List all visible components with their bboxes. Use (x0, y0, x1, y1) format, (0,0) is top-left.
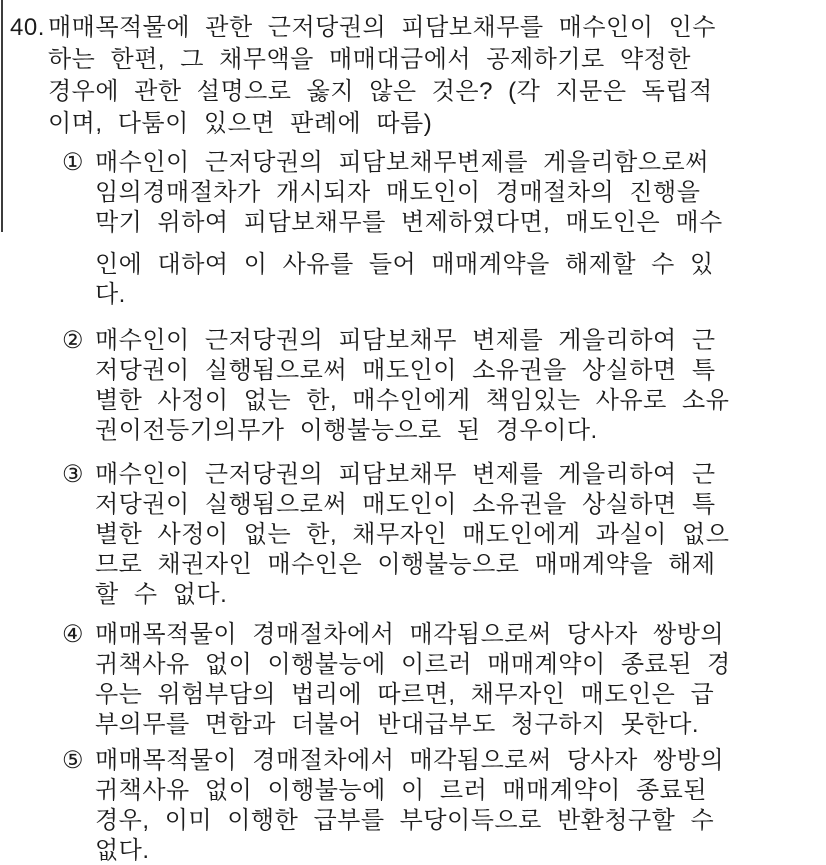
option-marker-5: ⑤ (62, 746, 95, 865)
option-line: 귀책사유 없이 이행불능에 이르러 매매계약이 종료된 경 (95, 650, 826, 680)
option-item-1: ① 매수인이 근저당권의 피담보채무변제를 게을리함으로써 임의경매절차가 개시… (0, 148, 826, 310)
option-item-2: ② 매수인이 근저당권의 피담보채무 변제를 게을리하여 근 저당권이 실행됨으… (0, 326, 826, 446)
option-item-3: ③ 매수인이 근저당권의 피담보채무 변제를 게을리하여 근 저당권이 실행됨으… (0, 460, 826, 610)
option-line: 별한 사정이 없는 한, 매수인에게 책임있는 사유로 소유 (95, 386, 826, 416)
option-line: 인에 대하여 이 사유를 들어 매매계약을 해제할 수 있 (95, 250, 826, 280)
option-line: 할 수 없다. (95, 580, 826, 610)
option-line: 매수인이 근저당권의 피담보채무 변제를 게을리하여 근 (95, 460, 826, 490)
option-item-4: ④ 매매목적물이 경매절차에서 매각됨으로써 당사자 쌍방의 귀책사유 없이 이… (0, 620, 826, 740)
option-line: 귀책사유 없이 이행불능에 이 르러 매매계약이 종료된 (95, 776, 826, 806)
question-line: 이며, 다툼이 있으면 판례에 따름) (48, 108, 826, 140)
option-line: 우는 위험부담의 법리에 따르면, 채무자인 매도인은 급 (95, 680, 826, 710)
option-marker-1: ① (62, 148, 95, 310)
question-line: 하는 한편, 그 채무액을 매매대금에서 공제하기로 약정한 (48, 44, 826, 76)
exam-page: 40. 매매목적물에 관한 근저당권의 피담보채무를 매수인이 인수 하는 한편… (0, 0, 826, 865)
option-line: 없다. (95, 836, 826, 865)
option-text-5: 매매목적물이 경매절차에서 매각됨으로써 당사자 쌍방의 귀책사유 없이 이행불… (95, 746, 826, 865)
option-line: 저당권이 실행됨으로써 매도인이 소유권을 상실하면 특 (95, 356, 826, 386)
question-number: 40. (10, 12, 48, 140)
option-line: 권이전등기의무가 이행불능으로 된 경우이다. (95, 416, 826, 446)
option-line: 막기 위하여 피담보채무를 변제하였다면, 매도인은 매수 (95, 208, 826, 238)
question-line: 경우에 관한 설명으로 옳지 않은 것은? (각 지문은 독립적 (48, 76, 826, 108)
option-line: 임의경매절차가 개시되자 매도인이 경매절차의 진행을 (95, 178, 826, 208)
option-line: 매매목적물이 경매절차에서 매각됨으로써 당사자 쌍방의 (95, 620, 826, 650)
option-text-3: 매수인이 근저당권의 피담보채무 변제를 게을리하여 근 저당권이 실행됨으로써… (95, 460, 826, 610)
option-text-2: 매수인이 근저당권의 피담보채무 변제를 게을리하여 근 저당권이 실행됨으로써… (95, 326, 826, 446)
option-line: 므로 채권자인 매수인은 이행불능으로 매매계약을 해제 (95, 550, 826, 580)
option-line: 매수인이 근저당권의 피담보채무 변제를 게을리하여 근 (95, 326, 826, 356)
option-line: 매수인이 근저당권의 피담보채무변제를 게을리함으로써 (95, 148, 826, 178)
option-line: 매매목적물이 경매절차에서 매각됨으로써 당사자 쌍방의 (95, 746, 826, 776)
question-text: 매매목적물에 관한 근저당권의 피담보채무를 매수인이 인수 하는 한편, 그 … (48, 12, 826, 140)
option-line: 경우, 이미 이행한 급부를 부당이득으로 반환청구할 수 (95, 806, 826, 836)
question-line: 매매목적물에 관한 근저당권의 피담보채무를 매수인이 인수 (48, 12, 826, 44)
option-line: 다. (95, 280, 826, 310)
option-marker-4: ④ (62, 620, 95, 740)
option-item-5: ⑤ 매매목적물이 경매절차에서 매각됨으로써 당사자 쌍방의 귀책사유 없이 이… (0, 746, 826, 865)
column-rule-line (1, 0, 3, 232)
option-line: 별한 사정이 없는 한, 채무자인 매도인에게 과실이 없으 (95, 520, 826, 550)
question-block: 40. 매매목적물에 관한 근저당권의 피담보채무를 매수인이 인수 하는 한편… (0, 12, 826, 140)
option-line: 저당권이 실행됨으로써 매도인이 소유권을 상실하면 특 (95, 490, 826, 520)
option-line: 부의무를 면함과 더불어 반대급부도 청구하지 못한다. (95, 710, 826, 740)
option-text-4: 매매목적물이 경매절차에서 매각됨으로써 당사자 쌍방의 귀책사유 없이 이행불… (95, 620, 826, 740)
option-marker-2: ② (62, 326, 95, 446)
option-marker-3: ③ (62, 460, 95, 610)
option-text-1: 매수인이 근저당권의 피담보채무변제를 게을리함으로써 임의경매절차가 개시되자… (95, 148, 826, 310)
